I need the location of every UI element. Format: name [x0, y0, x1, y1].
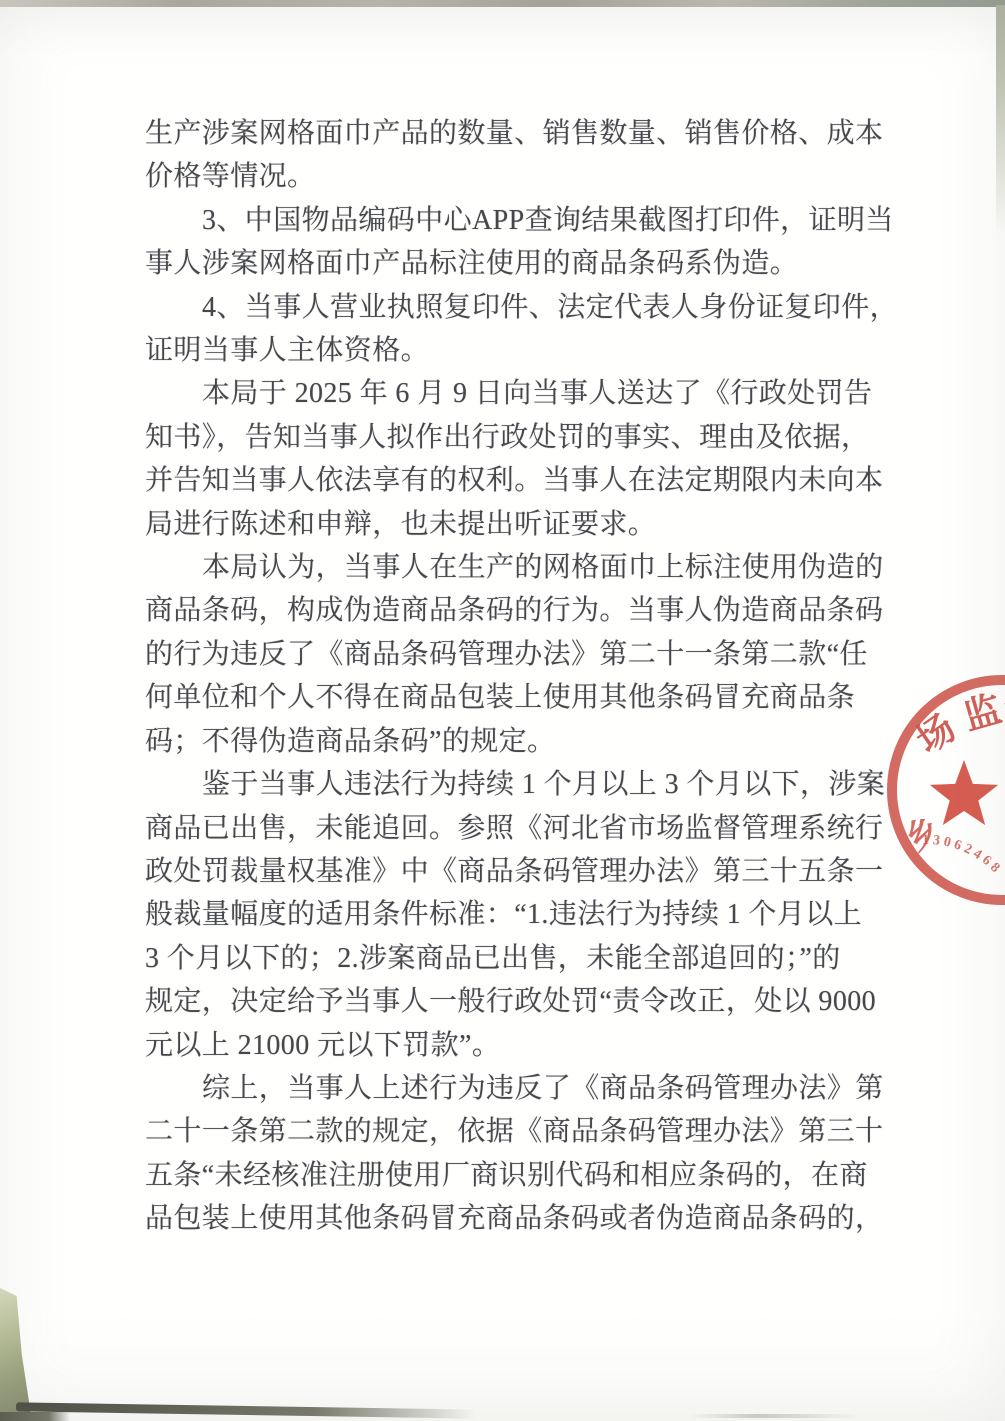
- seal-star-icon: [930, 760, 998, 825]
- text-line: 二十一条第二款的规定，依据《商品条码管理办法》第三十: [145, 1110, 885, 1153]
- paper-right-edge-curl: [996, 5, 1005, 235]
- seal-serial-number: 13062468: [922, 833, 1005, 878]
- text-line: 局进行陈述和申辩，也未提出听证要求。: [145, 503, 885, 546]
- text-line: 般裁量幅度的适用条件标准：“1.违法行为持续 1 个月以上: [145, 893, 885, 936]
- text-line: 元以上 21000 元以下罚款”。: [145, 1024, 885, 1067]
- photo-bottom-edge: [0, 1412, 70, 1421]
- text-line: 证明当事人主体资格。: [145, 329, 885, 372]
- table-edge-shadow-faint: [690, 1414, 860, 1418]
- text-line: 并告知当事人依法享有的权利。当事人在法定期限内未向本: [145, 459, 885, 502]
- text-line: 政处罚裁量权基准》中《商品条码管理办法》第三十五条一: [145, 850, 885, 893]
- seal-arc-char: 监: [959, 688, 1005, 739]
- text-line: 生产涉案网格面巾产品的数量、销售数量、销售价格、成本: [145, 112, 885, 155]
- text-line: 知书》，告知当事人拟作出行政处罚的事实、理由及依据，: [145, 416, 885, 459]
- text-line: 本局认为，当事人在生产的网格面巾上标注使用伪造的: [145, 546, 885, 589]
- seal-ring: [892, 680, 1005, 900]
- text-line: 3 个月以下的；2.涉案商品已出售，未能全部追回的；”的: [145, 937, 885, 980]
- seal-arc-char: 场: [910, 708, 964, 763]
- text-line: 事人涉案网格面巾产品标注使用的商品条码系伪造。: [145, 242, 885, 285]
- text-line: 五条“未经核准注册使用厂商识别代码和相应条码的，在商: [145, 1154, 885, 1197]
- seal-inner-char: 乡: [898, 809, 945, 857]
- text-line: 何单位和个人不得在商品包装上使用其他条码冒充商品条: [145, 676, 885, 719]
- text-line: 商品条码，构成伪造商品条码的行为。当事人伪造商品条码: [145, 589, 885, 632]
- text-line: 品包装上使用其他条码冒充商品条码或者伪造商品条码的，: [145, 1197, 885, 1240]
- text-line: 规定，决定给予当事人一般行政处罚“责令改正，处以 9000: [145, 980, 885, 1023]
- text-line: 码；不得伪造商品条码”的规定。: [145, 720, 885, 763]
- text-line: 4、当事人营业执照复印件、法定代表人身份证复印件，: [145, 286, 885, 329]
- text-line: 鉴于当事人违法行为持续 1 个月以上 3 个月以下，涉案: [145, 763, 885, 806]
- text-line: 本局于 2025 年 6 月 9 日向当事人送达了《行政处罚告: [145, 372, 885, 415]
- text-line: 价格等情况。: [145, 155, 885, 198]
- text-line: 综上，当事人上述行为违反了《商品条码管理办法》第: [145, 1067, 885, 1110]
- scanned-penalty-document-photo: 生产涉案网格面巾产品的数量、销售数量、销售价格、成本 价格等情况。 3、中国物品…: [0, 0, 1005, 1421]
- background-floor-corner: [0, 1288, 32, 1421]
- table-edge-shadow: [16, 1402, 476, 1418]
- photo-top-edge: [0, 0, 1005, 7]
- text-line: 的行为违反了《商品条码管理办法》第二十一条第二款“任: [145, 633, 885, 676]
- text-line: 3、中国物品编码中心APP查询结果截图打印件，证明当: [145, 199, 885, 242]
- text-line: 商品已出售，未能追回。参照《河北省市场监督管理系统行: [145, 807, 885, 850]
- document-body: 生产涉案网格面巾产品的数量、销售数量、销售价格、成本 价格等情况。 3、中国物品…: [145, 112, 885, 1241]
